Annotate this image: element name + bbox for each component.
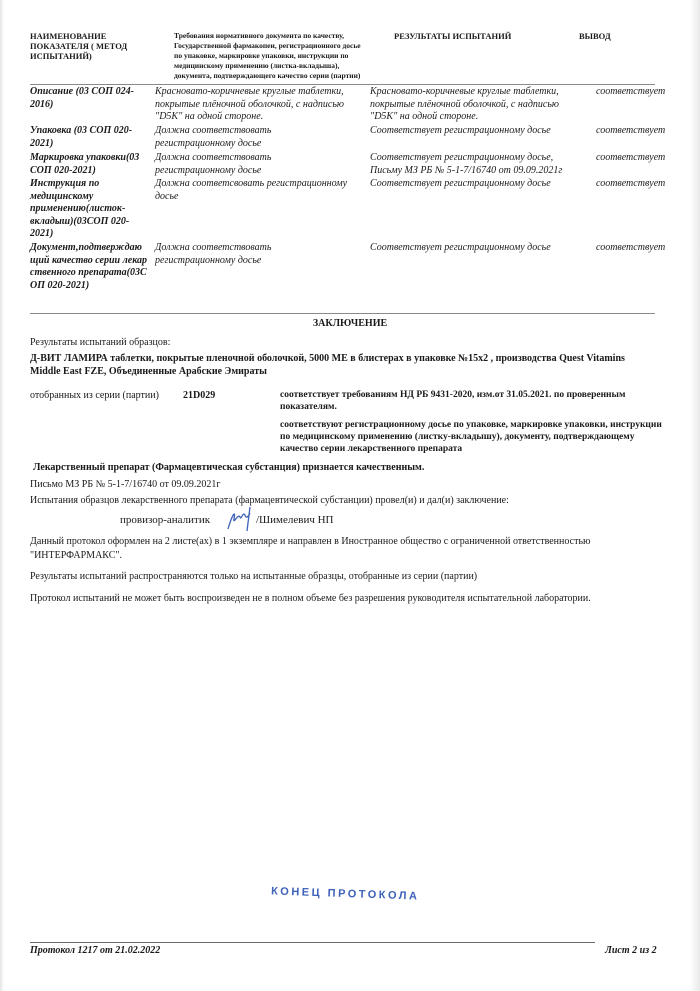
row-requirement: Красновато-коричневые круглые таблетки, …: [155, 86, 365, 124]
scope-note: Результаты испытаний распространяются то…: [30, 570, 477, 583]
table-header-divider: [30, 84, 655, 85]
batch-label: отобранных из серии (партии): [30, 389, 159, 402]
header-conclusion: ВЫВОД: [579, 31, 611, 41]
row-requirement: Должна соответсвовать регистрационному д…: [155, 178, 367, 203]
conclusion-title: ЗАКЛЮЧЕНИЕ: [0, 318, 700, 329]
row-requirement: Должна соответствовать регистрационному …: [155, 242, 305, 267]
product-description: Д-ВИТ ЛАМИРА таблетки, покрытые пленочно…: [30, 352, 655, 378]
header-indicator: НАИМЕНОВАНИЕ ПОКАЗАТЕЛЯ ( МЕТОД ИСПЫТАНИ…: [30, 31, 165, 61]
end-of-protocol-stamp: КОНЕЦ ПРОТОКОЛА: [271, 885, 420, 902]
issued-line-1: Данный протокол оформлен на 2 листе(ах) …: [30, 535, 590, 548]
ministry-letter: Письмо МЗ РБ № 5-1-7/16740 от 09.09.2021…: [30, 478, 220, 491]
page-right-edge: [690, 0, 700, 991]
footer-page-number: Лист 2 из 2: [605, 945, 657, 956]
row-indicator: Описание (03 СОП 024-2016): [30, 86, 148, 111]
verdict: Лекарственный препарат (Фармацевтическая…: [33, 461, 424, 474]
analyst-position: провизор-аналитик: [120, 514, 210, 527]
row-conclusion: соответствует: [596, 125, 665, 138]
row-indicator: Документ,подтверждающий качество серии л…: [30, 242, 148, 292]
footer-protocol: Протокол 1217 от 21.02.2022: [30, 945, 160, 956]
row-result: Соответствует регистрационному досье: [370, 178, 585, 191]
row-conclusion: соответствует: [596, 242, 665, 255]
row-indicator: Инструкция по медицинскому применению(ли…: [30, 178, 130, 241]
signature-icon: [224, 505, 260, 533]
header-results: РЕЗУЛЬТАТЫ ИСПЫТАНИЙ: [394, 31, 511, 41]
row-conclusion: соответствует: [596, 152, 665, 165]
header-requirements: Требования нормативного документа по кач…: [174, 31, 362, 81]
reproduction-note: Протокол испытаний не может быть воспрои…: [30, 592, 591, 605]
row-requirement: Должна соответствовать регистрационному …: [155, 125, 305, 150]
conclusion-intro: Результаты испытаний образцов:: [30, 336, 170, 349]
analyst-name: /Шимелевич НП: [256, 514, 334, 527]
tested-by: Испытания образцов лекарственного препар…: [30, 494, 509, 507]
row-result: Соответствует регистрационному досье, Пи…: [370, 152, 585, 177]
row-conclusion: соответствует: [596, 178, 665, 191]
statement-standard: соответствует требованиям НД РБ 9431-202…: [280, 389, 665, 413]
row-requirement: Должна соответствовать регистрационному …: [155, 152, 305, 177]
footer-divider: [30, 942, 595, 943]
statement-dossier: соответствуют регистрационному досье по …: [280, 419, 665, 455]
batch-number: 21D029: [183, 389, 215, 402]
row-result: Красновато-коричневые круглые таблетки, …: [370, 86, 585, 124]
issued-line-2: "ИНТЕРФАРМАКС".: [30, 549, 122, 562]
row-indicator: Маркировка упаковки(03 СОП 020-2021): [30, 152, 154, 177]
page-left-edge: [0, 0, 4, 991]
row-conclusion: соответствует: [596, 86, 665, 99]
table-bottom-divider: [30, 313, 655, 314]
row-result: Соответствует регистрационному досье: [370, 125, 585, 138]
row-indicator: Упаковка (03 СОП 020-2021): [30, 125, 148, 150]
row-result: Соответствует регистрационному досье: [370, 242, 585, 255]
